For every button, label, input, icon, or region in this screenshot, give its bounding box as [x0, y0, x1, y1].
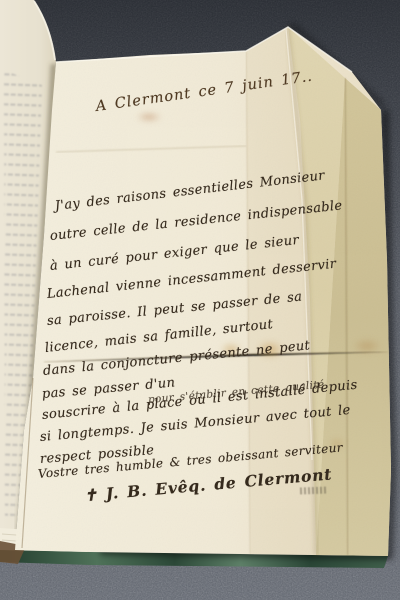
foxing-stain: [256, 340, 284, 359]
foxing-stain: [220, 342, 242, 357]
foxing-stain: [352, 338, 382, 354]
background-scene: [0, 0, 400, 600]
pencil-mark: [300, 487, 328, 495]
foxing-stain: [328, 438, 346, 449]
photo-of-handwritten-letter: A Clermont ce 7 juin 17.. J'ay des raiso…: [0, 0, 400, 600]
ink-smudge-stain: [136, 112, 162, 122]
